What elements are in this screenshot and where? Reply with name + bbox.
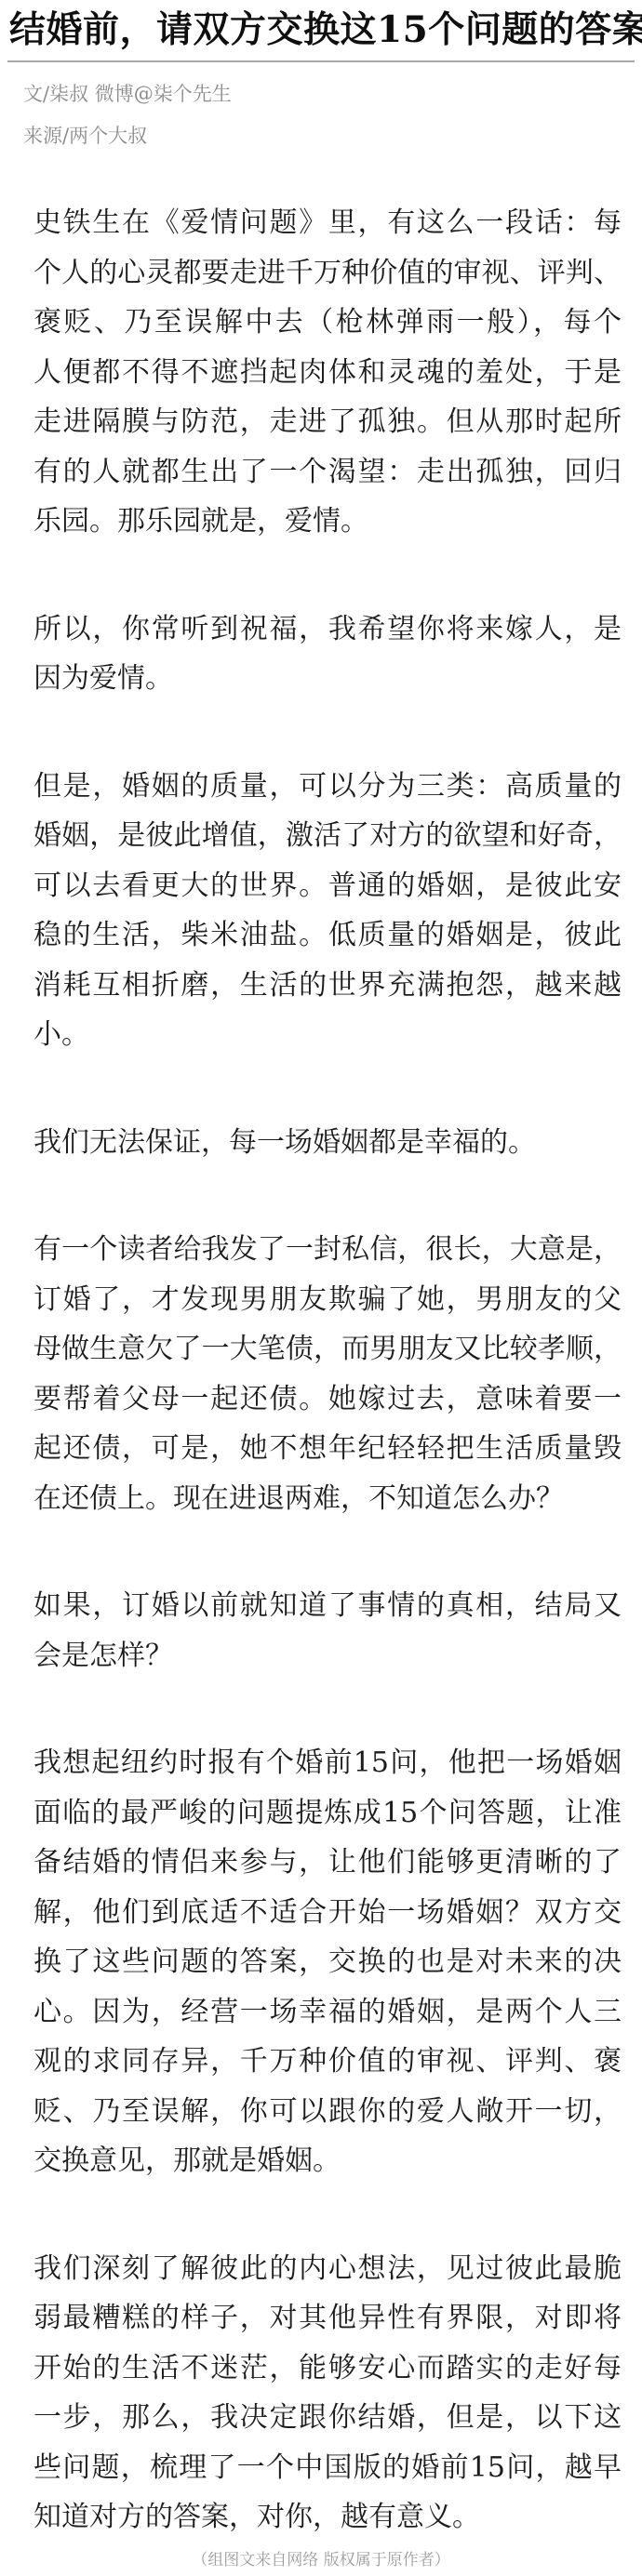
text-line: 一步，那么，我决定跟你结婚，但是，以下这: [33, 2393, 622, 2443]
text-line: 面临的最严峻的问题提炼成15个问答题，让准: [33, 1788, 622, 1839]
paragraph: 有一个读者给我发了一封私信，很长，大意是，订婚了，才发现男朋友欺骗了她，男朋友的…: [33, 1225, 622, 1523]
text-line: 可以去看更大的世界。普通的婚姻，是彼此安: [33, 861, 622, 911]
article-body: 史铁生在《爱情问题》里，有这么一段话：每个人的心灵都要走进千万种价值的审视、评判…: [33, 198, 622, 2543]
text-line: 有一个读者给我发了一封私信，很长，大意是，: [33, 1225, 622, 1275]
text-line: 观的求同存异，千万种价值的审视、评判、褒: [33, 2037, 622, 2087]
paragraph: 所以，你常听到祝福，我希望你将来嫁人，是因为爱情。: [33, 604, 622, 704]
title-separator: [7, 60, 635, 62]
text-line: 因为爱情。: [33, 654, 622, 704]
text-line: 史铁生在《爱情问题》里，有这么一段话：每: [33, 198, 622, 248]
paragraph: 我们深刻了解彼此的内心想法，见过彼此最脆弱最糟糕的样子，对其他异性有界限，对即将…: [33, 2244, 622, 2543]
text-line: 订婚了，才发现男朋友欺骗了她，男朋友的父: [33, 1275, 622, 1325]
text-line: 所以，你常听到祝福，我希望你将来嫁人，是: [33, 604, 622, 655]
text-line: 乐园。那乐园就是，爱情。: [33, 497, 622, 547]
text-line: 我们深刻了解彼此的内心想法，见过彼此最脆: [33, 2244, 622, 2294]
text-line: 消耗互相折磨，生活的世界充满抱怨，越来越: [33, 961, 622, 1011]
text-line: 要帮着父母一起还债。她嫁过去，意味着要一: [33, 1374, 622, 1425]
text-line: 走进隔膜与防范，走进了孤独。但从那时起所: [33, 397, 622, 447]
page-title: 结婚前，请双方交换这15个问题的答案: [9, 6, 633, 54]
text-line: 心。因为，经营一场幸福的婚姻，是两个人三: [33, 1987, 622, 2038]
byline-block: 文/柒叔 微博@柒个先生 来源/两个大叔: [23, 73, 642, 157]
text-line: 些问题，梳理了一个中国版的婚前15问，越早: [33, 2443, 622, 2493]
paragraph: 史铁生在《爱情问题》里，有这么一段话：每个人的心灵都要走进千万种价值的审视、评判…: [33, 198, 622, 547]
text-line: 备结婚的情侣来参与，让他们能够更清晰的了: [33, 1838, 622, 1888]
text-line: 在还债上。现在进退两难，不知道怎么办？: [33, 1474, 622, 1524]
text-line: 小。: [33, 1010, 622, 1060]
text-line: 解，他们到底适不适合开始一场婚姻？双方交: [33, 1888, 622, 1938]
text-line: 会是怎样？: [33, 1631, 622, 1681]
paragraph: 我想起纽约时报有个婚前15问，他把一场婚姻面临的最严峻的问题提炼成15个问答题，…: [33, 1738, 622, 2186]
text-line: 我想起纽约时报有个婚前15问，他把一场婚姻: [33, 1738, 622, 1788]
footer-credit: （组图文来自网络 版权属于原作者）: [0, 2550, 642, 2570]
text-line: 褒贬、乃至误解中去（枪林弹雨一般），每个: [33, 298, 622, 348]
byline-author: 文/柒叔 微博@柒个先生: [23, 73, 642, 115]
text-line: 交换意见，那就是婚姻。: [33, 2136, 622, 2186]
paragraph: 但是，婚姻的质量，可以分为三类：高质量的婚姻，是彼此增值，激活了对方的欲望和好奇…: [33, 762, 622, 1060]
text-line: 人便都不得不遮挡起肉体和灵魂的羞处，于是: [33, 348, 622, 398]
text-line: 起还债，可是，她不想年纪轻轻把生活质量毁: [33, 1424, 622, 1474]
text-line: 婚姻，是彼此增值，激活了对方的欲望和好奇，: [33, 811, 622, 861]
text-line: 弱最糟糕的样子，对其他异性有界限，对即将: [33, 2293, 622, 2344]
byline-source: 来源/两个大叔: [23, 115, 642, 157]
text-line: 我们无法保证，每一场婚姻都是幸福的。: [33, 1118, 622, 1168]
paragraph: 如果，订婚以前就知道了事情的真相，结局又会是怎样？: [33, 1581, 622, 1680]
text-line: 知道对方的答案，对你，越有意义。: [33, 2492, 622, 2543]
paragraph: 我们无法保证，每一场婚姻都是幸福的。: [33, 1118, 622, 1168]
text-line: 但是，婚姻的质量，可以分为三类：高质量的: [33, 762, 622, 812]
text-line: 稳的生活，柴米油盐。低质量的婚姻是，彼此: [33, 910, 622, 961]
text-line: 换了这些问题的答案，交换的也是对未来的决: [33, 1937, 622, 1987]
text-line: 个人的心灵都要走进千万种价值的审视、评判、: [33, 248, 622, 299]
text-line: 有的人就都生出了一个渴望：走出孤独，回归: [33, 447, 622, 498]
article-page: { "header": { "title": "结婚前，请双方交换这15个问题的…: [0, 6, 642, 2570]
text-line: 母做生意欠了一大笔债，而男朋友又比较孝顺，: [33, 1324, 622, 1374]
text-line: 如果，订婚以前就知道了事情的真相，结局又: [33, 1581, 622, 1631]
text-line: 贬、乃至误解，你可以跟你的爱人敞开一切，: [33, 2087, 622, 2137]
text-line: 开始的生活不迷茫，能够安心而踏实的走好每: [33, 2344, 622, 2394]
